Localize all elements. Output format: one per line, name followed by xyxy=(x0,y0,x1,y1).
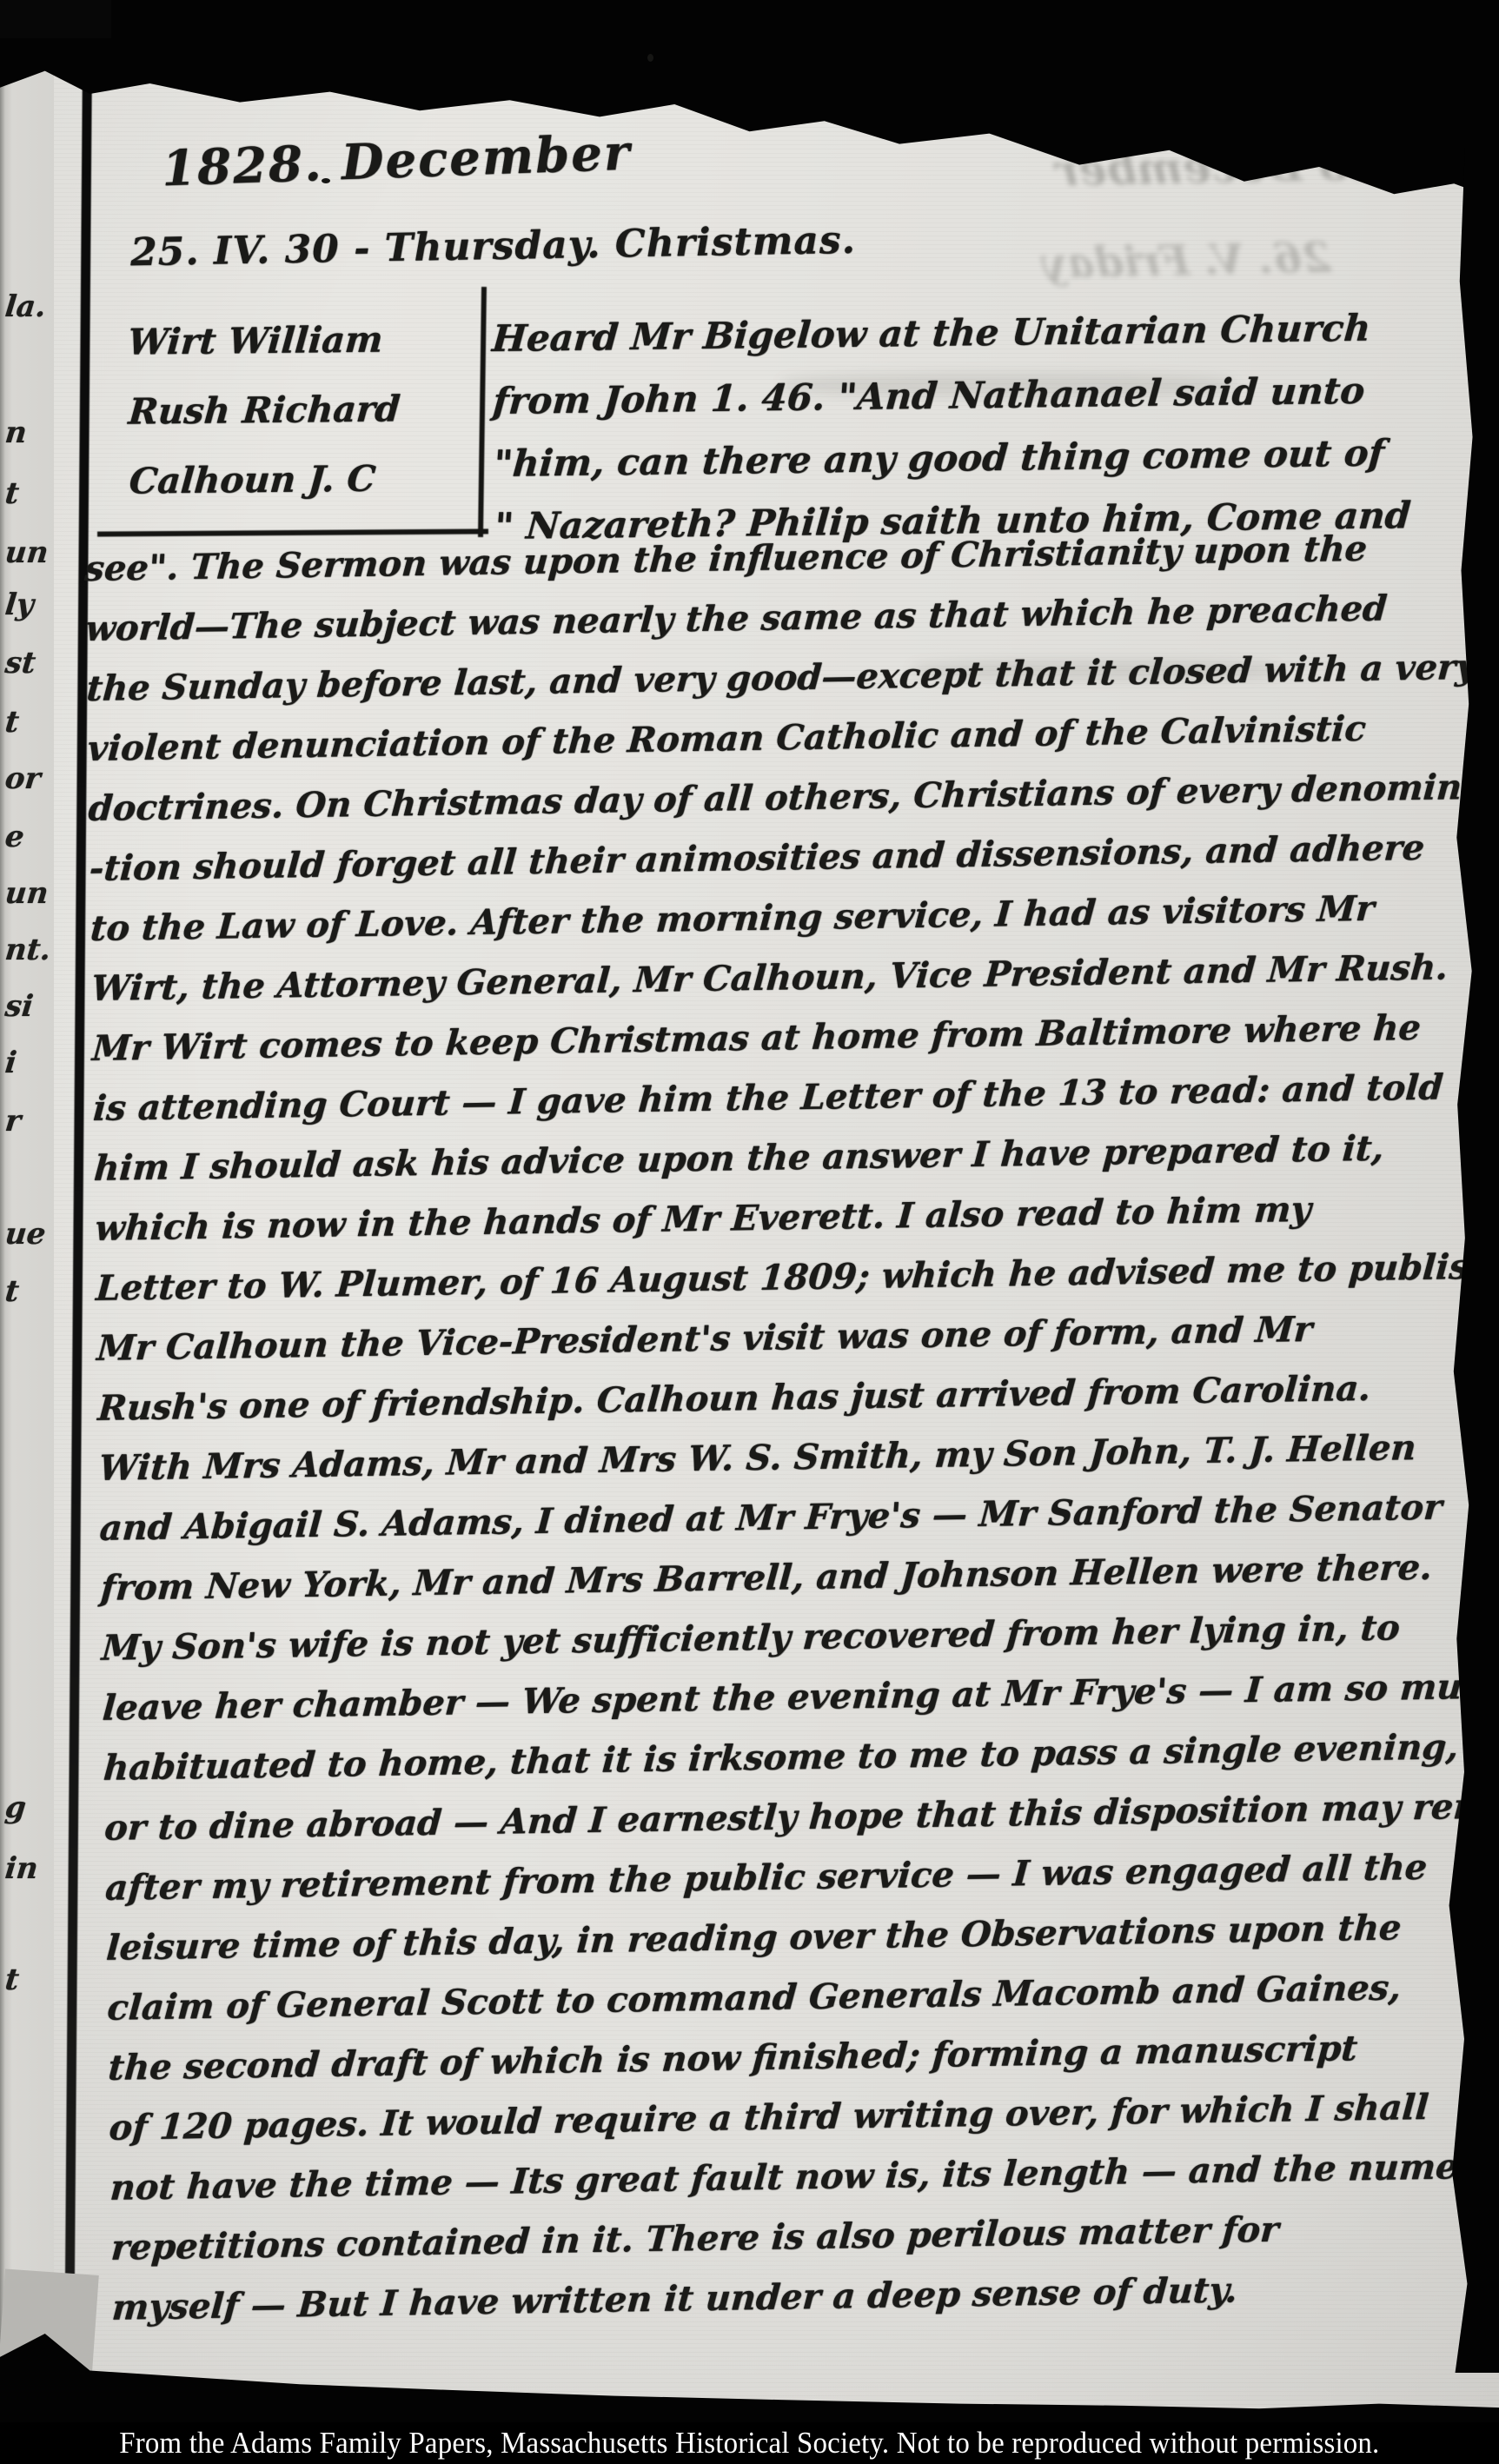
manuscript-scan: la. n t un ly st t or e un nt. si i r ue… xyxy=(0,0,1499,2464)
facing-page-fragment: t xyxy=(3,1963,21,1997)
margin-name: Wirt William xyxy=(125,304,401,376)
facing-page-fragment: nt. xyxy=(3,933,52,967)
facing-page-fragment: t xyxy=(3,476,21,511)
facing-page-fragment: in xyxy=(3,1851,40,1886)
facing-page-fragment: t xyxy=(3,705,21,740)
facing-page-fragment: un xyxy=(3,876,50,911)
entry-body: see". The Sermon was upon the influence … xyxy=(82,517,1481,2338)
facing-page-fragment: e xyxy=(3,820,26,854)
margin-visitor-names: Wirt William Rush Richard Calhoun J. C xyxy=(128,304,401,515)
facing-page-fragment: i xyxy=(3,1046,18,1080)
ink-speck xyxy=(322,178,330,183)
facing-page-fragment: ue xyxy=(3,1217,48,1252)
facing-page-fragment: or xyxy=(3,761,43,796)
diary-line: "him, can there any good thing come out … xyxy=(491,422,1412,495)
entry-opening-lines: Heard Mr Bigelow at the Unitarian Church… xyxy=(492,296,1411,558)
ink-speck xyxy=(647,54,653,62)
facing-page-fragment: ly xyxy=(3,588,36,622)
facing-page-fragment: g xyxy=(3,1790,28,1825)
diary-line: Heard Mr Bigelow at the Unitarian Church xyxy=(490,296,1411,370)
facing-page-fragment: un xyxy=(3,535,50,570)
footer-caption: From the Adams Family Papers, Massachuse… xyxy=(119,2426,1379,2461)
facing-page-fragment: t xyxy=(3,1274,21,1309)
diary-line: from John 1. 46. "And Nathanael said unt… xyxy=(491,359,1412,433)
margin-name: Calhoun J. C xyxy=(127,443,403,515)
facing-page-fragment: r xyxy=(3,1104,23,1139)
top-left-scan-block xyxy=(0,0,111,38)
archive-caption-bar: From the Adams Family Papers, Massachuse… xyxy=(0,2422,1499,2464)
facing-page-fragment: si xyxy=(3,989,35,1024)
bleedthrough-text: 26. V. Friday xyxy=(1042,234,1331,289)
margin-name: Rush Richard xyxy=(126,374,402,446)
facing-page-fragment: n xyxy=(3,415,29,450)
facing-page-fragment: la. xyxy=(3,289,48,324)
facing-page-strip: la. n t un ly st t or e un nt. si i r ue… xyxy=(0,7,56,2371)
facing-page-fragment: st xyxy=(3,646,37,681)
